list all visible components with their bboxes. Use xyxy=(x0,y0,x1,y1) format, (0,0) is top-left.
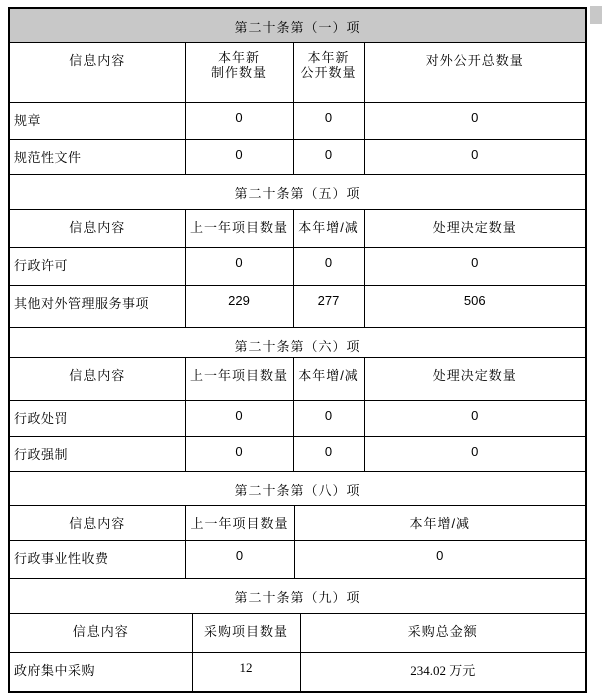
table-row: 行政事业性收费 0 0 xyxy=(10,541,585,579)
column-header: 本年增/减 xyxy=(294,506,585,541)
cell-value: 0 xyxy=(293,248,364,286)
section-title: 第二十条第（九）项 xyxy=(10,579,585,614)
cell-value: 0 xyxy=(293,436,364,471)
column-header: 本年增/减 xyxy=(293,358,364,400)
table-row: 行政强制 0 0 0 xyxy=(10,436,585,471)
cell-value: 0 xyxy=(293,139,364,174)
section-article20-item1: 第二十条第（一）项 信息内容 本年新 制作数量 本年新 公开数量 对外公开总数量 xyxy=(10,9,585,175)
section-title: 第二十条第（八）项 xyxy=(10,472,585,506)
section-title: 第二十条第（六）项 xyxy=(10,328,585,358)
table-row: 行政许可 0 0 0 xyxy=(10,248,585,286)
section-table: 信息内容 采购项目数量 采购总金额 政府集中采购 12 234.02 万元 xyxy=(10,614,585,691)
header-row: 信息内容 本年新 制作数量 本年新 公开数量 对外公开总数量 xyxy=(10,43,585,102)
column-header: 本年新 制作数量 xyxy=(185,43,293,102)
column-header: 本年新 公开数量 xyxy=(293,43,364,102)
cell-value: 0 xyxy=(293,400,364,436)
column-header: 上一年项目数量 xyxy=(185,358,293,400)
column-header: 采购总金额 xyxy=(300,614,585,652)
column-header: 对外公开总数量 xyxy=(364,43,585,102)
header-row: 信息内容 上一年项目数量 本年增/减 处理决定数量 xyxy=(10,210,585,248)
scroll-thumb-fragment xyxy=(590,6,602,24)
row-label: 行政事业性收费 xyxy=(10,541,185,579)
cell-value: 0 xyxy=(364,102,585,139)
row-label: 其他对外管理服务事项 xyxy=(10,286,185,328)
row-label: 政府集中采购 xyxy=(10,652,192,691)
column-header: 处理决定数量 xyxy=(364,358,585,400)
row-label: 行政处罚 xyxy=(10,400,185,436)
column-header: 信息内容 xyxy=(10,210,185,248)
table-row: 规章 0 0 0 xyxy=(10,102,585,139)
section-table: 信息内容 上一年项目数量 本年增/减 处理决定数量 行政处罚 0 0 0 行政强… xyxy=(10,358,585,472)
header-line: 本年新 xyxy=(190,50,289,65)
cell-value: 0 xyxy=(364,436,585,471)
table-row: 其他对外管理服务事项 229 277 506 xyxy=(10,286,585,328)
cell-value: 0 xyxy=(185,102,293,139)
cell-value: 506 xyxy=(364,286,585,328)
column-header: 处理决定数量 xyxy=(364,210,585,248)
header-row: 信息内容 上一年项目数量 本年增/减 xyxy=(10,506,585,541)
header-row: 信息内容 上一年项目数量 本年增/减 处理决定数量 xyxy=(10,358,585,400)
cell-value: 0 xyxy=(364,139,585,174)
cell-value: 0 xyxy=(185,436,293,471)
header-row: 信息内容 采购项目数量 采购总金额 xyxy=(10,614,585,652)
table-row: 规范性文件 0 0 0 xyxy=(10,139,585,174)
section-article20-item8: 第二十条第（八）项 信息内容 上一年项目数量 本年增/减 行政事业性收费 0 0 xyxy=(10,472,585,580)
row-label: 行政强制 xyxy=(10,436,185,471)
cell-value: 12 xyxy=(192,652,300,691)
cell-value: 234.02 万元 xyxy=(300,652,585,691)
column-header: 上一年项目数量 xyxy=(185,506,294,541)
disclosure-report-table: 第二十条第（一）项 信息内容 本年新 制作数量 本年新 公开数量 对外公开总数量 xyxy=(8,7,587,693)
cell-value: 0 xyxy=(294,541,585,579)
column-header: 上一年项目数量 xyxy=(185,210,293,248)
cell-value: 229 xyxy=(185,286,293,328)
report-table-page: 第二十条第（一）项 信息内容 本年新 制作数量 本年新 公开数量 对外公开总数量 xyxy=(0,0,608,695)
cell-value: 0 xyxy=(364,248,585,286)
cell-value: 0 xyxy=(185,139,293,174)
row-label: 规范性文件 xyxy=(10,139,185,174)
row-label: 规章 xyxy=(10,102,185,139)
cell-value: 0 xyxy=(293,102,364,139)
section-article20-item5: 第二十条第（五）项 信息内容 上一年项目数量 本年增/减 处理决定数量 行政许可… xyxy=(10,175,585,329)
header-line: 制作数量 xyxy=(190,65,289,80)
section-table: 信息内容 上一年项目数量 本年增/减 处理决定数量 行政许可 0 0 0 其他对… xyxy=(10,210,585,329)
cell-value: 0 xyxy=(364,400,585,436)
column-header: 信息内容 xyxy=(10,506,185,541)
column-header: 采购项目数量 xyxy=(192,614,300,652)
cell-value: 0 xyxy=(185,400,293,436)
table-row: 政府集中采购 12 234.02 万元 xyxy=(10,652,585,691)
section-title: 第二十条第（一）项 xyxy=(10,9,585,43)
column-header: 信息内容 xyxy=(10,43,185,102)
section-article20-item6: 第二十条第（六）项 信息内容 上一年项目数量 本年增/减 处理决定数量 行政处罚… xyxy=(10,328,585,472)
cell-value: 0 xyxy=(185,541,294,579)
header-line: 本年新 xyxy=(298,50,360,65)
cell-value: 277 xyxy=(293,286,364,328)
row-label: 行政许可 xyxy=(10,248,185,286)
cell-value: 0 xyxy=(185,248,293,286)
header-line: 公开数量 xyxy=(298,65,360,80)
section-title: 第二十条第（五）项 xyxy=(10,175,585,210)
column-header: 本年增/减 xyxy=(293,210,364,248)
section-table: 信息内容 本年新 制作数量 本年新 公开数量 对外公开总数量 规章 0 0 0 xyxy=(10,43,585,175)
section-table: 信息内容 上一年项目数量 本年增/减 行政事业性收费 0 0 xyxy=(10,506,585,580)
table-row: 行政处罚 0 0 0 xyxy=(10,400,585,436)
section-article20-item9: 第二十条第（九）项 信息内容 采购项目数量 采购总金额 政府集中采购 12 23… xyxy=(10,579,585,691)
column-header: 信息内容 xyxy=(10,614,192,652)
column-header: 信息内容 xyxy=(10,358,185,400)
